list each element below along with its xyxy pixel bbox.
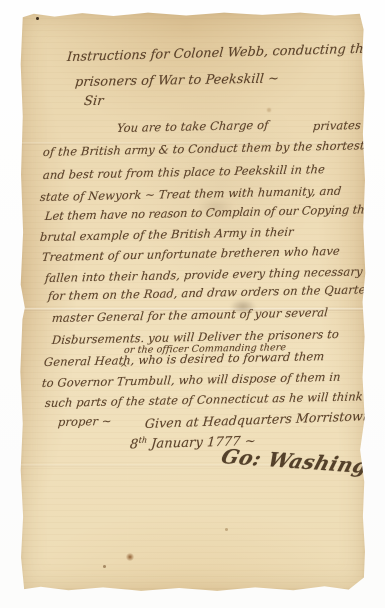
body-line-12: to Governor Trumbull, who will dispose o… [41,370,341,390]
closing-place-line: Given at Headquarters Morristown [144,408,371,431]
heading-line-2: prisoners of War to Peekskill ~ [74,71,279,90]
body-line-13: such parts of the state of Connecticut a… [44,389,363,410]
body-line-5: brutal example of the British Army in th… [39,225,294,244]
washington-signature: Go: Washington [219,444,385,480]
closing-proper: proper ~ [57,414,112,429]
foxing-speck [103,565,106,568]
body-line-9: master General for the amount of your se… [51,305,328,325]
body-opening-right: privates [312,118,361,133]
foxing-speck [225,528,228,531]
body-line-7: fallen into their hands, provide every t… [44,264,363,285]
body-line-4: Let them have no reason to Complain of o… [44,202,371,223]
body-line-6: Treatment of our unfortunate bretheren w… [41,244,340,264]
pinhole-dot [36,17,39,20]
body-line-3: state of Newyork ~ Treat them with human… [39,184,342,204]
body-line-1: of the British army & to Conduct them by… [42,138,365,159]
foxing-spot [126,553,134,561]
photograph-background: Instructions for Colonel Webb, conductin… [0,0,385,608]
salutation: Sir [83,94,104,109]
body-line-2: and best rout from this place to Peekski… [42,162,325,182]
foxing-speck [267,108,271,112]
body-opening-left: You are to take Charge of [116,118,269,135]
heading-line-1: Instructions for Colonel Webb, conductin… [66,41,371,65]
body-line-11: General Heath, who is desired to forward… [43,349,325,369]
body-line-8: for them on the Road, and draw orders on… [47,282,371,303]
manuscript-paper: Instructions for Colonel Webb, conductin… [20,12,366,592]
